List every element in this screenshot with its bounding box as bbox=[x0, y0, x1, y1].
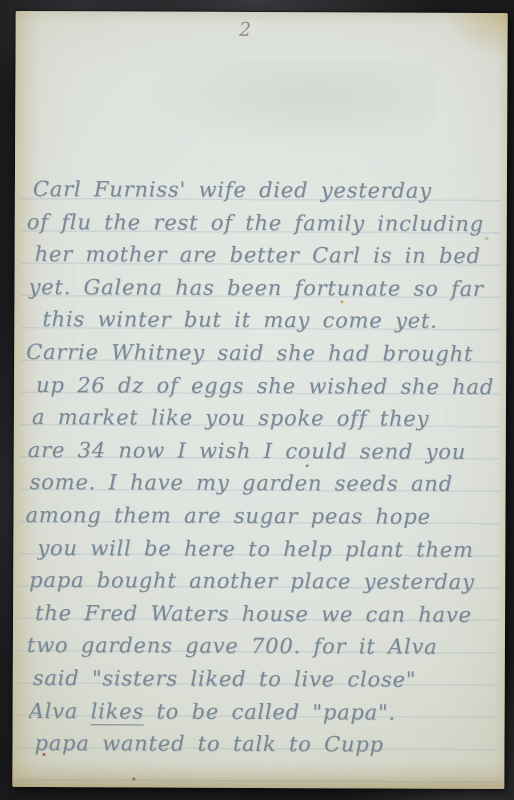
letter-line: you will be here to help plant them bbox=[37, 532, 503, 567]
letter-line: said "sisters liked to live close" bbox=[33, 662, 503, 697]
letter-line: papa wanted to talk to Cupp bbox=[34, 727, 502, 762]
letter-line: yet. Galena has been fortunate so far bbox=[28, 271, 504, 306]
letter-line: papa bought another place yesterday bbox=[29, 564, 503, 599]
letter-line-segment: to be called "papa". bbox=[144, 699, 396, 724]
paper-speck bbox=[306, 464, 309, 467]
paper-speck bbox=[485, 237, 489, 240]
letter-line: Carl Furniss' wife died yesterday bbox=[33, 173, 505, 208]
paper-speck bbox=[42, 753, 45, 756]
paper-speck bbox=[132, 777, 135, 780]
page-number: 2 bbox=[0, 18, 492, 42]
letter-line-segment: Alva bbox=[29, 698, 91, 722]
letter-line: up 26 dz of eggs she wished she had bbox=[36, 369, 504, 404]
letter-line: a market like you spoke off they bbox=[32, 401, 504, 436]
underlined-word: likes bbox=[91, 699, 144, 725]
letter-line: among them are sugar peas hope bbox=[25, 499, 503, 534]
letter-line: the Fred Waters house we can have bbox=[35, 597, 503, 632]
letter-line: some. I have my garden seeds and bbox=[30, 466, 504, 501]
letter-line: her mother are better Carl is in bed bbox=[35, 238, 505, 273]
paper-smudge bbox=[135, 59, 435, 150]
letter-line: this winter but it may come yet. bbox=[42, 303, 504, 338]
letter-line-emphasized: Alva likes to be called "papa". bbox=[29, 694, 503, 729]
photo-background: { "letter": { "page_number": "2", "paper… bbox=[0, 0, 514, 800]
letter-line: Carrie Whitney said she had brought bbox=[26, 336, 504, 371]
letter-line: of flu the rest of the family including bbox=[27, 206, 505, 241]
letter-line: two gardens gave 700. for it Alva bbox=[27, 629, 503, 664]
letter-line: are 34 now I wish I could send you bbox=[28, 434, 504, 469]
letter-page: 2 Carl Furniss' wife died yesterday of f… bbox=[12, 11, 507, 789]
paper-speck bbox=[340, 300, 343, 303]
letter-body: Carl Furniss' wife died yesterday of flu… bbox=[24, 173, 505, 762]
